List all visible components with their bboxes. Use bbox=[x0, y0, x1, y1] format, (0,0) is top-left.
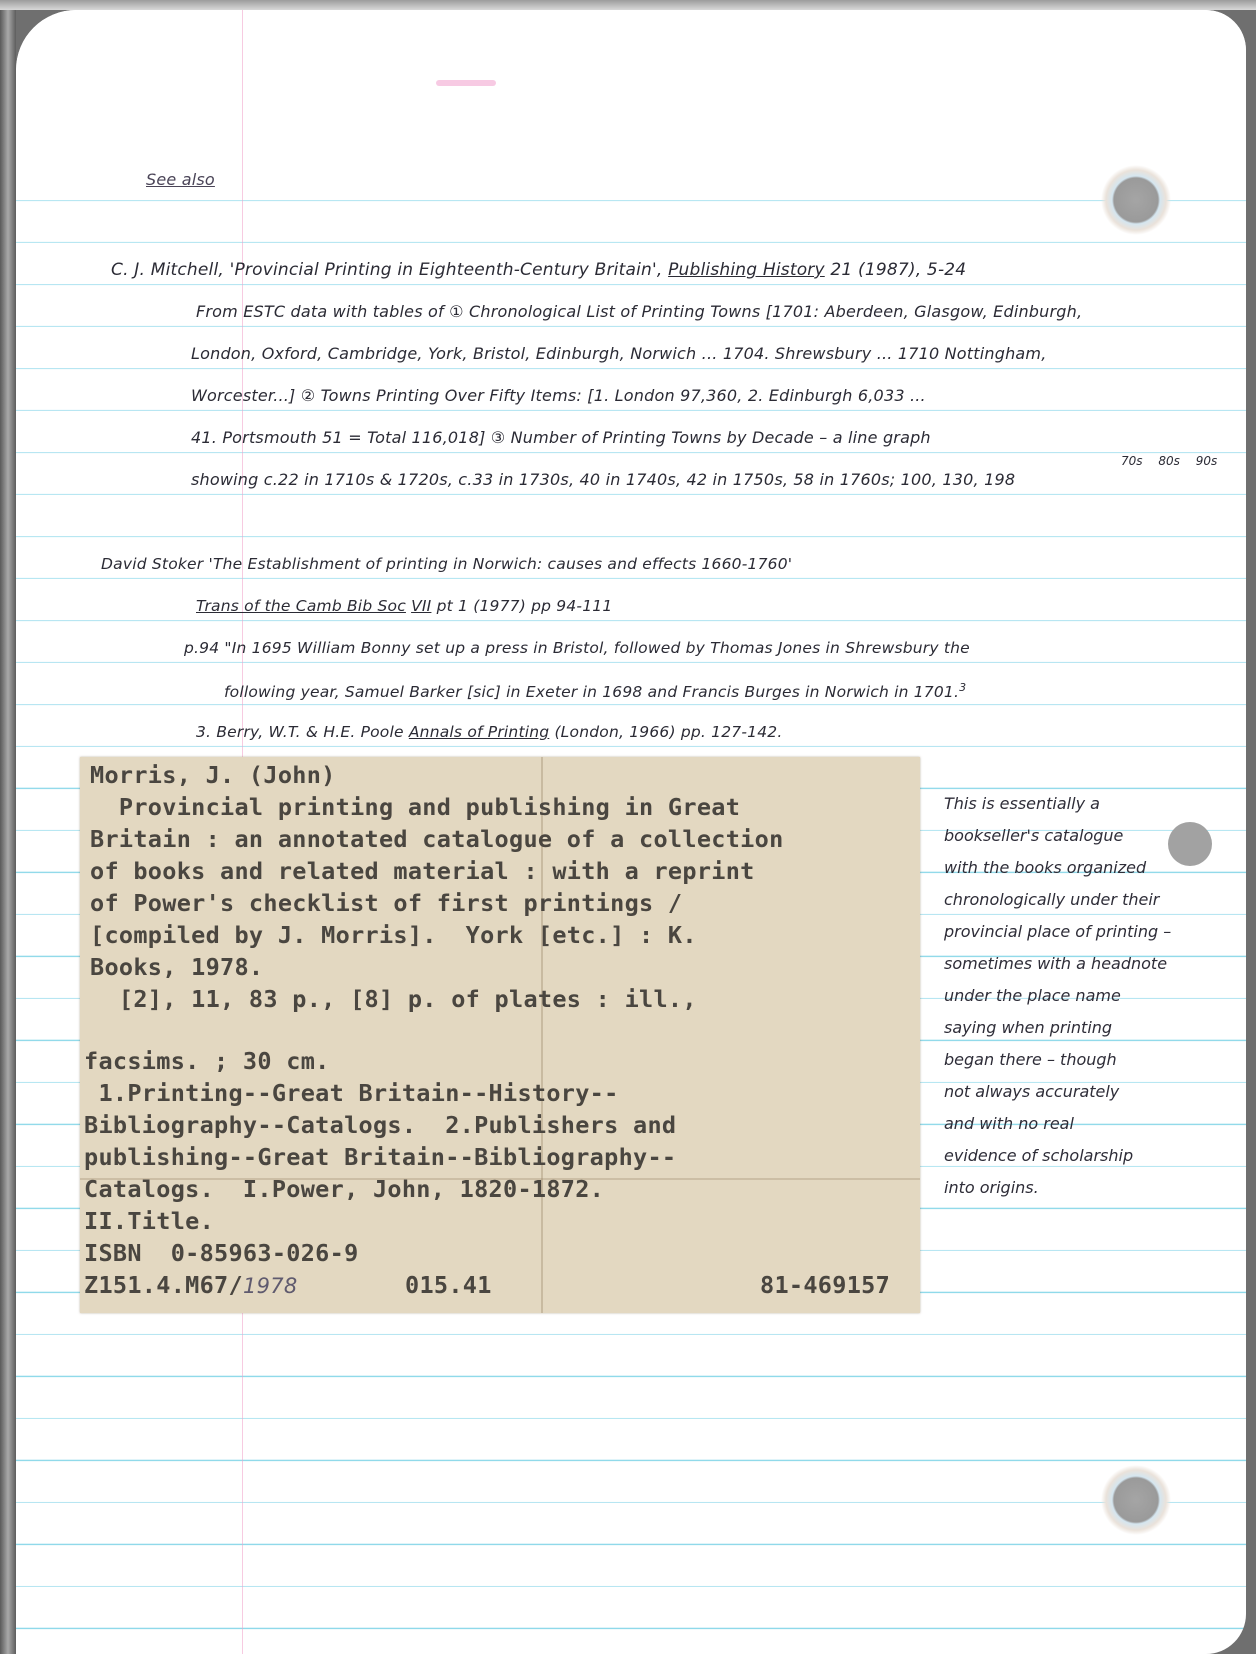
journal-rest: pt 1 (1977) pp 94-111 bbox=[437, 597, 613, 615]
volume-pages: 21 (1987), 5-24 bbox=[830, 260, 966, 280]
page-header-blank bbox=[16, 10, 1246, 160]
side-note-line: and with no real bbox=[944, 1114, 1074, 1133]
footnote-title: Annals of Printing bbox=[409, 723, 549, 741]
stoker-quote-line: following year, Samuel Barker [sic] in E… bbox=[224, 681, 966, 701]
see-also-heading: See also bbox=[146, 170, 215, 189]
side-note-line: This is essentially a bbox=[944, 794, 1100, 813]
side-note-line: sometimes with a headnote bbox=[944, 954, 1167, 973]
card-line: Britain : an annotated catalogue of a co… bbox=[90, 825, 784, 853]
lccn-number: 81-469157 bbox=[760, 1271, 890, 1299]
journal-title: Trans of the Camb Bib Soc bbox=[196, 597, 406, 615]
side-note-line: chronologically under their bbox=[944, 890, 1159, 909]
call-number: Z151.4.M67/ bbox=[84, 1271, 243, 1299]
stoker-journal-line: Trans of the Camb Bib Soc VII pt 1 (1977… bbox=[196, 597, 612, 615]
call-year-handwritten: 1978 bbox=[243, 1274, 298, 1298]
footnote-rest: (London, 1966) pp. 127-142. bbox=[554, 723, 782, 741]
decade-labels: 70s 80s 90s bbox=[1121, 454, 1217, 468]
mitchell-note-line: 41. Portsmouth 51 = Total 116,018] ③ Num… bbox=[191, 428, 931, 447]
dewey-number: 015.41 bbox=[405, 1271, 492, 1299]
stoker-quote-line: p.94 "In 1695 William Bonny set up a pre… bbox=[184, 639, 970, 657]
side-note-line: provincial place of printing – bbox=[944, 922, 1171, 941]
mitchell-note-line: showing c.22 in 1710s & 1720s, c.33 in 1… bbox=[191, 470, 1015, 489]
side-note-line: not always accurately bbox=[944, 1082, 1119, 1101]
decade-label: 90s bbox=[1196, 454, 1218, 468]
quote-text: following year, Samuel Barker [sic] in E… bbox=[224, 683, 959, 701]
journal-title: Publishing History bbox=[668, 260, 825, 280]
entry-mitchell-citation: C. J. Mitchell, 'Provincial Printing in … bbox=[111, 260, 966, 280]
mitchell-note-line: London, Oxford, Cambridge, York, Bristol… bbox=[191, 344, 1047, 363]
journal-volume: VII bbox=[411, 597, 431, 615]
card-line: Catalogs. I.Power, John, 1820-1872. bbox=[84, 1175, 604, 1203]
card-line: Bibliography--Catalogs. 2.Publishers and bbox=[84, 1111, 676, 1139]
card-call-number-line: Z151.4.M67/1978 bbox=[84, 1271, 298, 1299]
stoker-footnote: 3. Berry, W.T. & H.E. Poole Annals of Pr… bbox=[196, 723, 782, 741]
binder-edge bbox=[0, 0, 16, 1654]
punch-hole-middle bbox=[1168, 822, 1212, 866]
card-line: 1.Printing--Great Britain--History-- bbox=[84, 1079, 619, 1107]
card-line: Morris, J. (John) bbox=[90, 761, 336, 789]
library-catalog-card: Morris, J. (John) Provincial printing an… bbox=[80, 757, 920, 1313]
side-note-line: bookseller's catalogue bbox=[944, 826, 1123, 845]
side-note-line: under the place name bbox=[944, 986, 1121, 1005]
footnote-authors: 3. Berry, W.T. & H.E. Poole bbox=[196, 723, 404, 741]
side-note-line: began there – though bbox=[944, 1050, 1117, 1069]
side-note-line: into origins. bbox=[944, 1178, 1039, 1197]
card-line: Provincial printing and publishing in Gr… bbox=[90, 793, 740, 821]
entry-stoker-citation: David Stoker 'The Establishment of print… bbox=[101, 555, 792, 573]
card-line: facsims. ; 30 cm. bbox=[84, 1047, 330, 1075]
punch-hole-bottom bbox=[1101, 1465, 1171, 1535]
card-line: [compiled by J. Morris]. York [etc.] : K… bbox=[90, 921, 697, 949]
mitchell-note-line: Worcester...] ② Towns Printing Over Fift… bbox=[191, 386, 926, 405]
decade-label: 70s bbox=[1121, 454, 1143, 468]
side-note-line: with the books organized bbox=[944, 858, 1146, 877]
mitchell-note-line: From ESTC data with tables of ① Chronolo… bbox=[196, 302, 1082, 321]
card-line: ISBN 0-85963-026-9 bbox=[84, 1239, 359, 1267]
punch-hole-top bbox=[1101, 165, 1171, 235]
card-line: Books, 1978. bbox=[90, 953, 263, 981]
citation-text: C. J. Mitchell, 'Provincial Printing in … bbox=[111, 260, 662, 280]
card-line: [2], 11, 83 p., [8] p. of plates : ill., bbox=[90, 985, 697, 1013]
card-line: of books and related material : with a r… bbox=[90, 857, 755, 885]
footnote-mark: 3 bbox=[959, 681, 966, 694]
card-line: publishing--Great Britain--Bibliography-… bbox=[84, 1143, 676, 1171]
decade-label: 80s bbox=[1158, 454, 1180, 468]
binder-top-edge bbox=[0, 0, 1256, 10]
notebook-page: See also C. J. Mitchell, 'Provincial Pri… bbox=[16, 10, 1246, 1654]
card-line: of Power's checklist of first printings … bbox=[90, 889, 682, 917]
stain-mark bbox=[436, 80, 496, 86]
side-note-line: saying when printing bbox=[944, 1018, 1112, 1037]
side-note-line: evidence of scholarship bbox=[944, 1146, 1133, 1165]
card-line: II.Title. bbox=[84, 1207, 214, 1235]
